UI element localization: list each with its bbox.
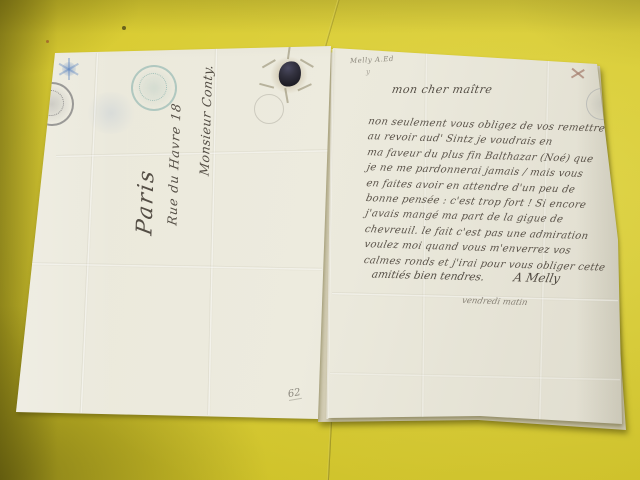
photo-of-handwritten-letter: Melly A.Ed y mon cher maître non seuleme…: [0, 0, 640, 480]
dust-speck: [46, 40, 49, 43]
dust-speck: [122, 26, 126, 30]
yellow-table-background: [0, 0, 640, 480]
